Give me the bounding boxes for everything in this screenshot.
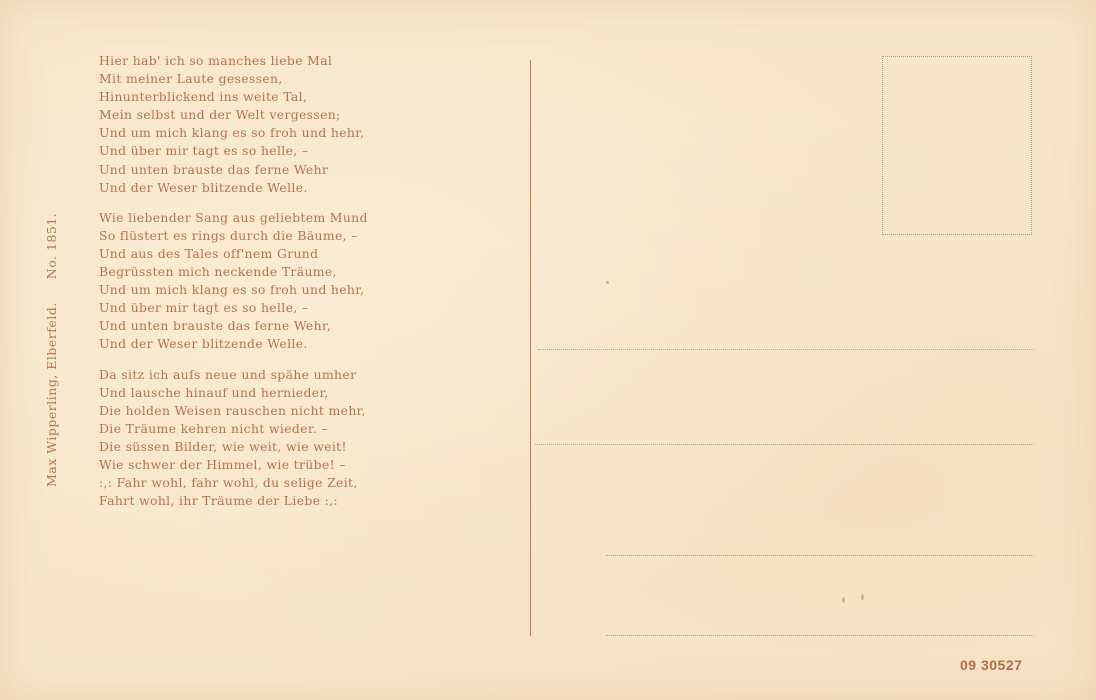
paper-speck <box>606 281 609 284</box>
address-line-2 <box>535 444 1034 445</box>
poem-line: Die süssen Bilder, wie weit, wie weit! <box>99 438 368 456</box>
publisher-number: No. 1851. <box>44 213 59 279</box>
poem-line: Die Träume kehren nicht wieder. – <box>99 420 368 438</box>
poem-line: Fahrt wohl, ihr Träume der Liebe :,: <box>99 492 368 510</box>
poem: Hier hab' ich so manches liebe Mal Mit m… <box>99 52 368 522</box>
publisher-city: Elberfeld. <box>44 302 59 370</box>
poem-line: Die holden Weisen rauschen nicht mehr, <box>99 402 368 420</box>
poem-line: Wie schwer der Himmel, wie trübe! – <box>99 456 368 474</box>
poem-line: :,: Fahr wohl, fahr wohl, du selige Zeit… <box>99 474 368 492</box>
poem-line: Und um mich klang es so froh und hehr, <box>99 124 368 142</box>
poem-line: Hier hab' ich so manches liebe Mal <box>99 52 368 70</box>
poem-line: Mit meiner Laute gesessen, <box>99 70 368 88</box>
postcard-back: Max Wipperling, Elberfeld. No. 1851. Hie… <box>0 0 1096 700</box>
card-number: 09 30527 <box>960 657 1022 673</box>
poem-line: Und aus des Tales off'nem Grund <box>99 245 368 263</box>
poem-line: Hinunterblickend ins weite Tal, <box>99 88 368 106</box>
center-divider-line <box>530 60 531 636</box>
poem-stanza-1: Hier hab' ich so manches liebe Mal Mit m… <box>99 52 368 197</box>
poem-line: Und über mir tagt es so helle, – <box>99 142 368 160</box>
poem-line: So flüstert es rings durch die Bäume, – <box>99 227 368 245</box>
publisher-name: Max Wipperling, <box>44 374 59 487</box>
poem-stanza-2: Wie liebender Sang aus geliebtem Mund So… <box>99 209 368 354</box>
poem-line: Begrüssten mich neckende Träume, <box>99 263 368 281</box>
poem-line: Und unten brauste das ferne Wehr, <box>99 317 368 335</box>
poem-line: Und der Weser blitzende Welle. <box>99 179 368 197</box>
publisher-imprint: Max Wipperling, Elberfeld. No. 1851. <box>44 213 59 487</box>
poem-line: Und der Weser blitzende Welle. <box>99 335 368 353</box>
poem-stanza-3: Da sitz ich aufs neue und spähe umher Un… <box>99 366 368 511</box>
poem-line: Und um mich klang es so froh und hehr, <box>99 281 368 299</box>
poem-line: Und unten brauste das ferne Wehr <box>99 161 368 179</box>
paper-speck <box>842 597 845 603</box>
poem-line: Und lausche hinauf und hernieder, <box>99 384 368 402</box>
poem-line: Wie liebender Sang aus geliebtem Mund <box>99 209 368 227</box>
address-line-3 <box>606 555 1034 556</box>
poem-line: Mein selbst und der Welt vergessen; <box>99 106 368 124</box>
address-line-4 <box>606 635 1034 636</box>
poem-line: Und über mir tagt es so helle, – <box>99 299 368 317</box>
stamp-placeholder-box <box>882 56 1032 235</box>
paper-speck <box>861 594 864 600</box>
address-line-1 <box>538 349 1034 350</box>
poem-line: Da sitz ich aufs neue und spähe umher <box>99 366 368 384</box>
